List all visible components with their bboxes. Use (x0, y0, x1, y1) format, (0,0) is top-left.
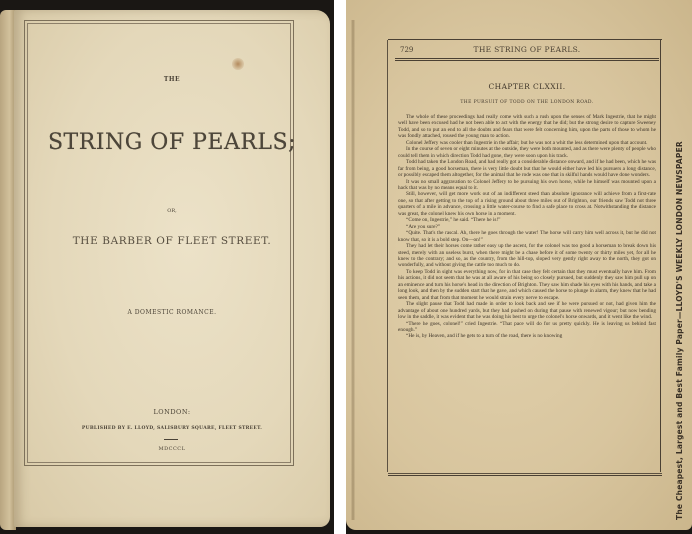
book-subtitle: THE BARBER OF FLEET STREET. (14, 235, 330, 247)
paragraph: The slight pause that Todd had made in o… (398, 301, 656, 320)
book-genre: A DOMESTIC ROMANCE. (14, 309, 330, 316)
publisher-line: PUBLISHED BY E. LLOYD, SALISBURY SQUARE,… (14, 426, 330, 431)
paragraph: “He is, by Heaven, and if he gets to a t… (398, 333, 656, 339)
paragraph: Todd had taken the London Road, and had … (398, 159, 656, 178)
title-page-rule (164, 439, 178, 440)
page-separator (334, 0, 346, 534)
paragraph: The whole of these proceedings had reall… (398, 114, 656, 140)
title-article: THE (14, 76, 330, 83)
publication-city: LONDON: (14, 408, 330, 416)
running-head: THE STRING OF PEARLS. (395, 45, 659, 54)
foxing-stain (232, 58, 244, 70)
side-margin-advertisement: The Cheapest, Largest and Best Family Pa… (675, 40, 684, 520)
paragraph: In the course of seven or eight minutes … (398, 146, 656, 159)
chapter-heading: CHAPTER CLXXII. (395, 82, 659, 91)
paragraph: They had let their horses come rather ea… (398, 243, 656, 269)
paragraph: It was no small aggravation to Colonel J… (398, 179, 656, 192)
paragraph: “There he goes, colonel!” cried Ingestri… (398, 321, 656, 334)
running-head-rule (395, 58, 659, 61)
chapter-subtitle: THE PURSUIT OF TODD ON THE LONDON ROAD. (395, 100, 659, 105)
page-number: 729 (400, 46, 413, 54)
chapter-body-text: The whole of these proceedings had reall… (398, 114, 656, 340)
title-conjunction: OR, (14, 208, 330, 214)
paragraph: “Quite. That's the rascal. Ah, there he … (398, 230, 656, 243)
paragraph: Still, however, will get more work out o… (398, 191, 656, 217)
page-bottom-rule (388, 473, 662, 476)
paragraph: To keep Todd in sight was everything now… (398, 269, 656, 301)
book-title: STRING OF PEARLS; (14, 130, 330, 155)
page-gutter-shadow (351, 20, 355, 520)
publication-year: MDCCCL (14, 446, 330, 452)
